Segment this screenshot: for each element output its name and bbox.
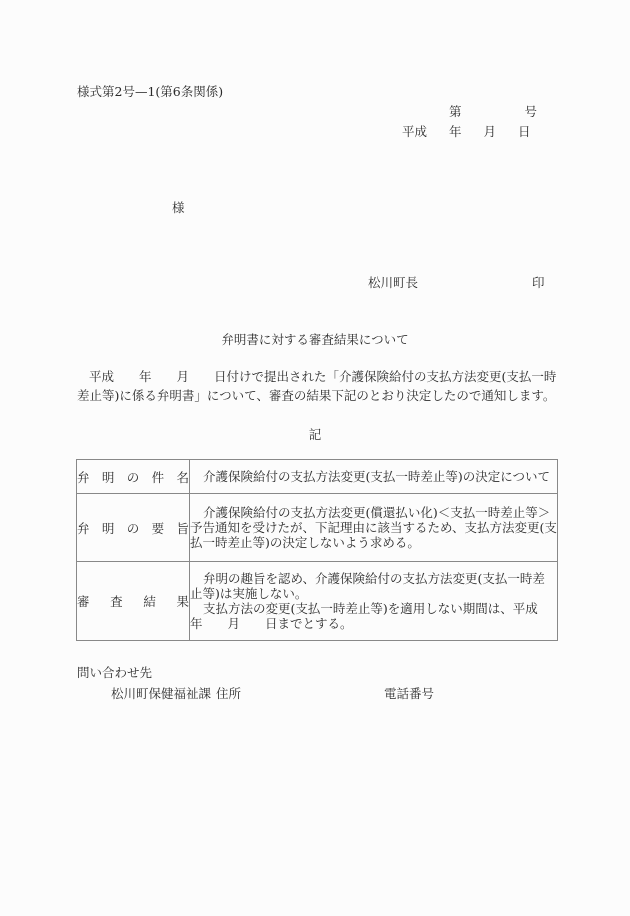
- contact-department: 松川町保健福祉課: [111, 684, 211, 702]
- label-char: 件: [152, 468, 165, 486]
- contact-heading: 問い合わせ先: [77, 663, 152, 681]
- contact-phone-label: 電話番号: [384, 684, 434, 702]
- date-month: 月: [484, 122, 497, 140]
- issue-date-line: 平成年月日: [402, 122, 531, 140]
- issuer-name: 松川町長: [368, 273, 418, 291]
- label-char: 弁: [77, 519, 90, 537]
- content-text: 弁明の趣旨を認め、介護保険給付の支払方法変更(支払一時差止等)は実施しない。: [190, 571, 557, 601]
- contact-address-label: 住所: [216, 684, 241, 702]
- table-row-subject: 弁 明 の 件 名 介護保険給付の支払方法変更(支払一時差止等)の決定について: [77, 460, 558, 494]
- ki-heading: 記: [0, 425, 630, 443]
- label-char: 明: [102, 519, 115, 537]
- label-char: 審: [77, 592, 90, 610]
- label-char: 査: [110, 592, 123, 610]
- label-char: 要: [152, 519, 165, 537]
- form-number: 様式第2号—1(第6条関係): [77, 82, 223, 100]
- label-char: 名: [176, 468, 189, 486]
- document-title: 弁明書に対する審査結果について: [0, 330, 630, 348]
- content-text: 介護保険給付の支払方法変更(支払一時差止等)の決定について: [190, 469, 557, 484]
- label-char: 結: [143, 592, 156, 610]
- row-content: 介護保険給付の支払方法変更(償還払い化)＜支払一時差止等＞予告通知を受けたが、下…: [190, 494, 558, 562]
- review-result-table: 弁 明 の 件 名 介護保険給付の支払方法変更(支払一時差止等)の決定について …: [76, 459, 558, 641]
- label-char: の: [127, 519, 140, 537]
- row-content: 弁明の趣旨を認め、介護保険給付の支払方法変更(支払一時差止等)は実施しない。 支…: [190, 562, 558, 641]
- content-text: 支払方法の変更(支払一時差止等)を適用しない期間は、平成 年 月 日までとする。: [190, 601, 557, 631]
- row-label: 弁 明 の 要 旨: [77, 494, 190, 562]
- table-row-summary: 弁 明 の 要 旨 介護保険給付の支払方法変更(償還払い化)＜支払一時差止等＞予…: [77, 494, 558, 562]
- row-label: 審 査 結 果: [77, 562, 190, 641]
- date-day: 日: [518, 122, 531, 140]
- body-paragraph: 平成 年 月 日付けで提出された「介護保険給付の支払方法変更(支払一時差止等)に…: [77, 367, 557, 405]
- content-text: 介護保険給付の支払方法変更(償還払い化)＜支払一時差止等＞予告通知を受けたが、下…: [190, 505, 557, 550]
- label-char: 果: [176, 592, 189, 610]
- number-prefix: 第: [449, 102, 462, 120]
- row-content: 介護保険給付の支払方法変更(支払一時差止等)の決定について: [190, 460, 558, 494]
- row-label: 弁 明 の 件 名: [77, 460, 190, 494]
- table-row-result: 審 査 結 果 弁明の趣旨を認め、介護保険給付の支払方法変更(支払一時差止等)は…: [77, 562, 558, 641]
- label-char: 明: [102, 468, 115, 486]
- addressee-honorific: 様: [172, 198, 185, 216]
- number-suffix: 号: [525, 102, 538, 120]
- label-char: 弁: [77, 468, 90, 486]
- label-char: の: [127, 468, 140, 486]
- date-year: 年: [449, 122, 462, 140]
- label-char: 旨: [176, 519, 189, 537]
- date-era: 平成: [402, 122, 427, 140]
- document-number-line: 第号: [449, 102, 537, 120]
- seal-mark: 印: [532, 273, 545, 291]
